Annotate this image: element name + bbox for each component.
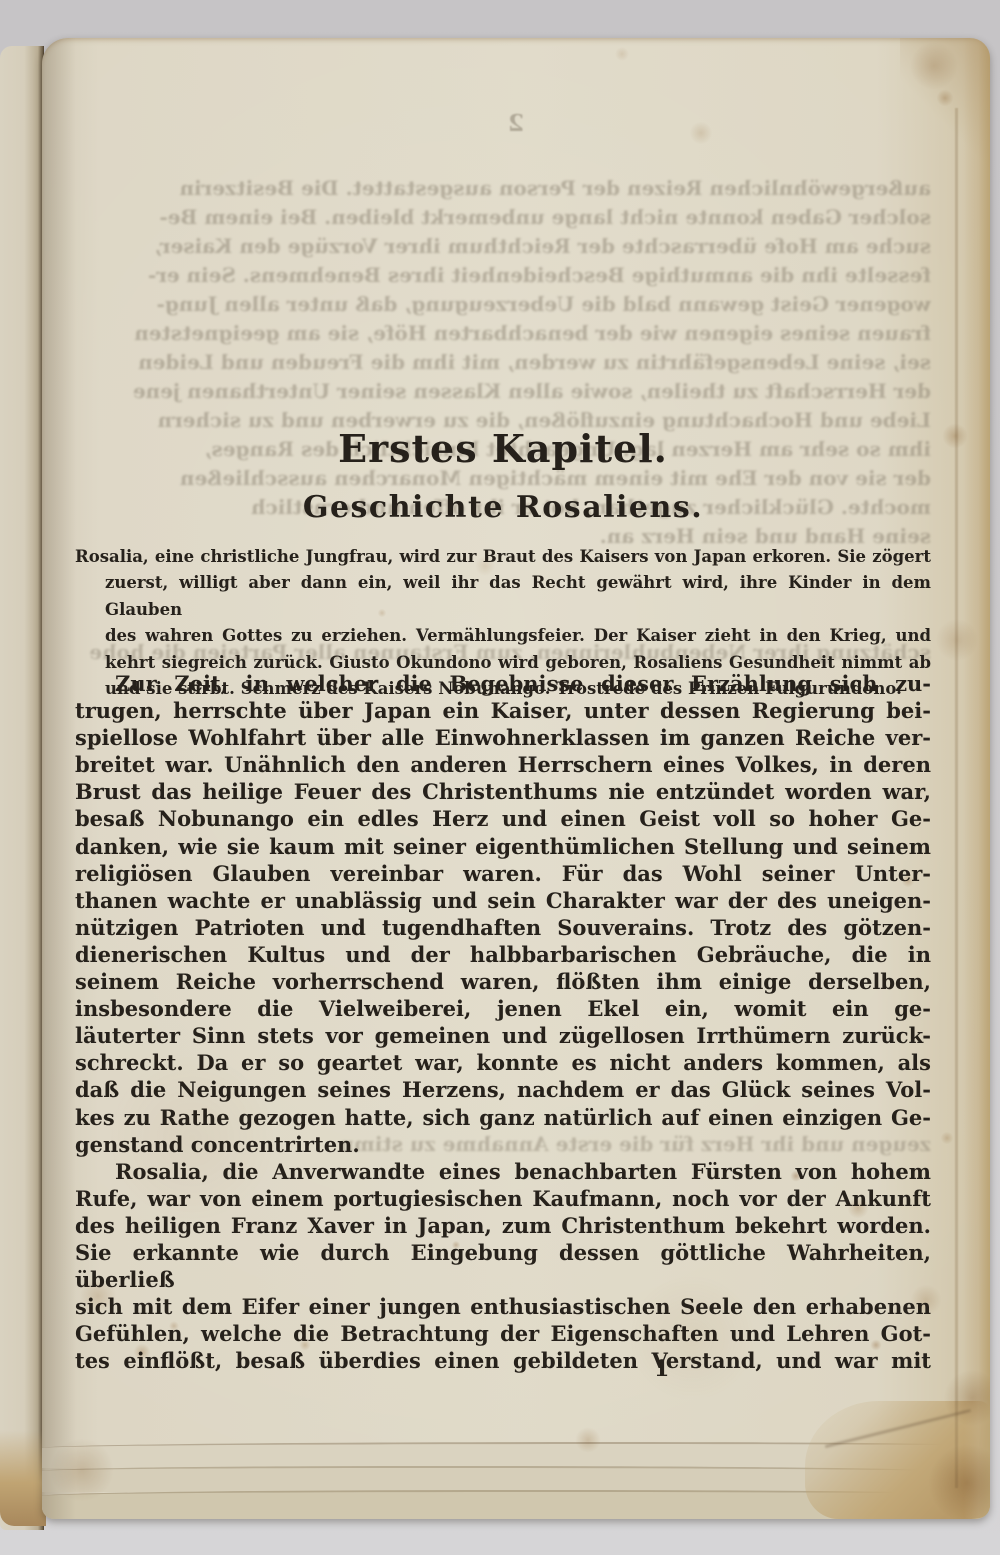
body-line: Brust das heilige Feuer des Christenthum… (75, 778, 931, 805)
body-line: besaß Nobunango ein edles Herz und einen… (75, 805, 931, 832)
body-line: breitet war. Unähnlich den anderen Herrs… (75, 751, 931, 778)
body-line: seinem Reiche vorherrschend waren, flößt… (75, 968, 931, 995)
body-line: daß die Neigungen seines Herzens, nachde… (75, 1076, 931, 1103)
body-line: Rosalia, die Anverwandte eines benachbar… (75, 1158, 931, 1185)
book-page: 2 außergewöhnlichen Reizen der Person au… (42, 38, 990, 1519)
body-text: Zur Zeit, in welcher die Begebnisse dies… (75, 670, 931, 1374)
showthrough-line: frauen seines eigenen wie der benachbart… (75, 319, 931, 348)
section-heading: Geschichte Rosaliens. (75, 490, 931, 525)
body-line: danken, wie sie kaum mit seiner eigenthü… (75, 833, 931, 860)
showthrough-line: außergewöhnlichen Reizen der Person ausg… (75, 174, 931, 203)
body-line: genstand concentrirten. (75, 1131, 931, 1158)
body-line: thanen wachte er unablässig und sein Cha… (75, 887, 931, 914)
book-photo: 2 außergewöhnlichen Reizen der Person au… (0, 0, 1000, 1555)
page-fore-edge (964, 38, 990, 1519)
body-line: kes zu Rathe gezogen hatte, sich ganz na… (75, 1104, 931, 1131)
opposite-page-sliver (0, 46, 44, 1530)
body-line: nützigen Patrioten und tugendhaften Souv… (75, 914, 931, 941)
body-line: des heiligen Franz Xaver in Japan, zum C… (75, 1212, 931, 1239)
showthrough-line: solcher Gaben konnte nicht lange unbemer… (75, 203, 931, 232)
body-line: Sie erkannte wie durch Eingebung dessen … (75, 1239, 931, 1293)
chapter-heading: Erstes Kapitel. (75, 426, 931, 471)
gutter-shadow (42, 38, 76, 1519)
verso-page-number-showthrough: 2 (42, 110, 990, 137)
body-line: religiösen Glauben vereinbar waren. Für … (75, 860, 931, 887)
body-line: Zur Zeit, in welcher die Begebnisse dies… (75, 670, 931, 697)
showthrough-line: sei, seine Lebensgefährtin zu werden, mi… (75, 348, 931, 377)
body-line: insbesondere die Vielweiberei, jenen Eke… (75, 995, 931, 1022)
body-line: schreckt. Da er so geartet war, konnte e… (75, 1049, 931, 1076)
showthrough-line: der Herrschaft zu theilen, sowie allen K… (75, 377, 931, 406)
body-line: Gefühlen, welche die Betrachtung der Eig… (75, 1320, 931, 1347)
opposite-page-corner (0, 1430, 46, 1526)
crumpled-corner (805, 1401, 990, 1519)
body-line: trugen, herrschte über Japan ein Kaiser,… (75, 697, 931, 724)
page-edge-line (955, 108, 958, 1488)
body-line: tes einflößt, besaß überdies einen gebil… (75, 1347, 931, 1374)
summary-line: des wahren Gottes zu erziehen. Vermählun… (75, 623, 931, 649)
summary-line: Rosalia, eine christliche Jungfrau, wird… (75, 544, 931, 570)
signature-mark: 1 (654, 1356, 669, 1382)
body-line: Rufe, war von einem portugiesischen Kauf… (75, 1185, 931, 1212)
summary-line: zuerst, willigt aber dann ein, weil ihr … (75, 570, 931, 623)
body-line: spiellose Wohlfahrt über alle Einwohnerk… (75, 724, 931, 751)
showthrough-line: fesselte ihn die anmuthige Bescheidenhei… (75, 261, 931, 290)
body-line: dienerischen Kultus und der halbbarbaris… (75, 941, 931, 968)
body-line: läuterter Sinn stets vor gemeinen und zü… (75, 1022, 931, 1049)
body-line: sich mit dem Eifer einer jungen enthusia… (75, 1293, 931, 1320)
showthrough-line: wogener Geist gewann bald die Ueberzeugu… (75, 290, 931, 319)
page-crease (900, 38, 990, 188)
showthrough-line: suche am Hofe überraschte der Reichthum … (75, 232, 931, 261)
